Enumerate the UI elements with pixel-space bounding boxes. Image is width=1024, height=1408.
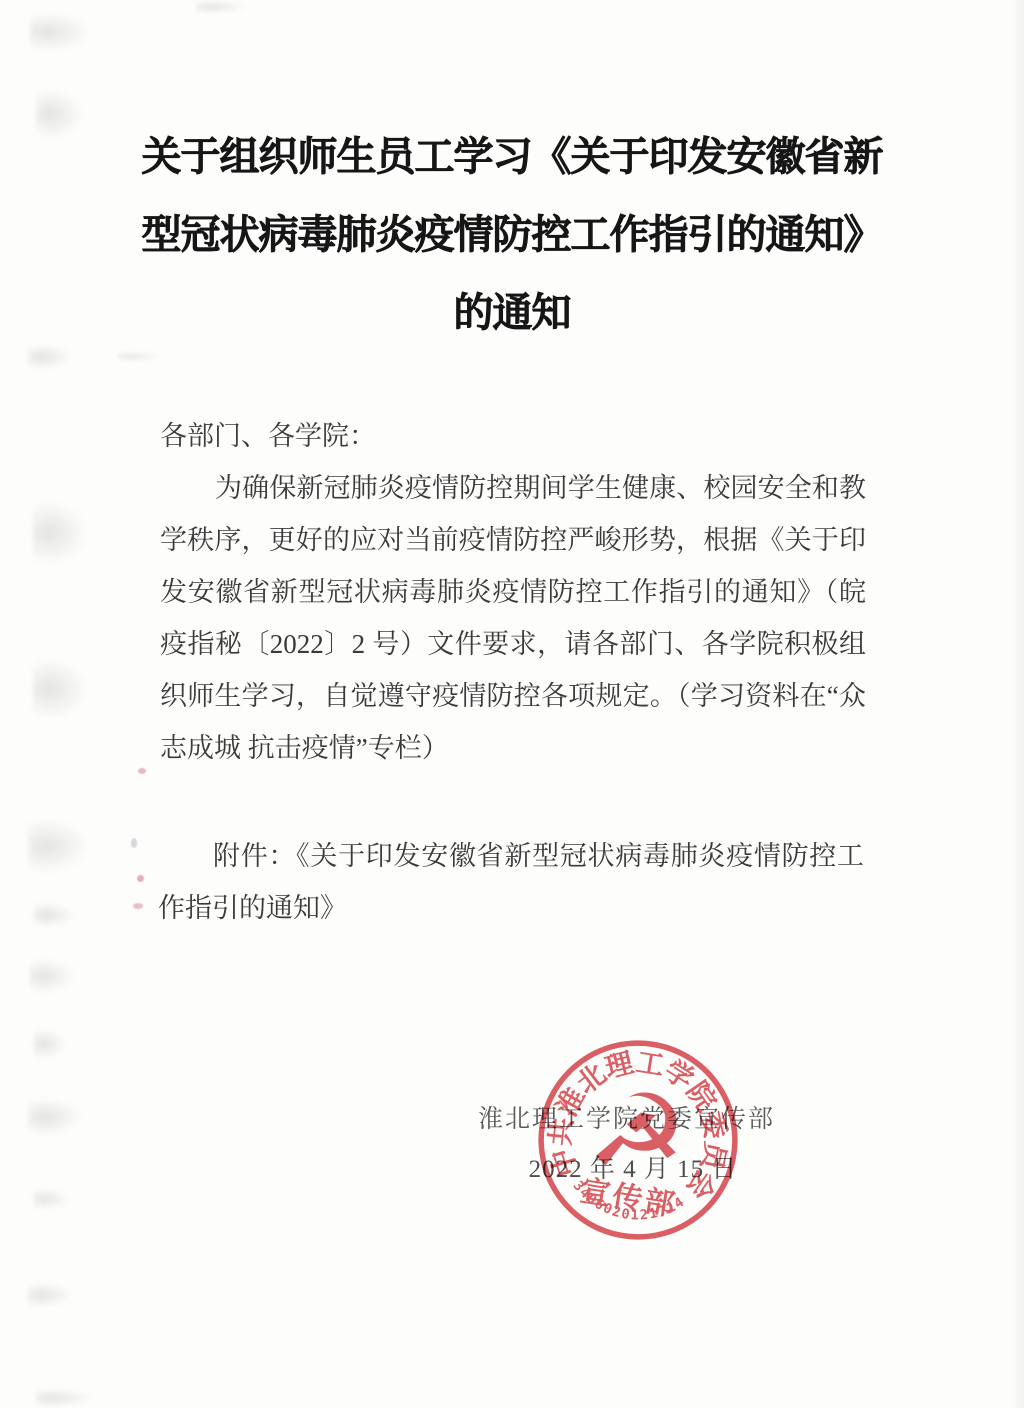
scan-artifact <box>133 903 143 909</box>
official-seal-stamp: 中共淮北理工学院委员会 ☭ 宣传部 3406020121714 <box>519 1021 757 1259</box>
scan-artifact <box>34 902 76 928</box>
scanned-notice-page: 关于组织师生员工学习《关于印发安徽省新 型冠状病毒肺炎疫情防控工作指引的通知》 … <box>0 0 1024 1408</box>
scan-artifact <box>138 768 146 774</box>
scan-artifact <box>196 0 248 14</box>
scan-artifact <box>34 1028 66 1060</box>
scan-artifact <box>131 838 137 848</box>
scan-artifact <box>28 1098 84 1136</box>
body-line: 疫指秘〔2022〕2 号）文件要求，请各部门、各学院积极组 <box>160 618 866 670</box>
attachment-line: 作指引的通知》 <box>158 882 864 934</box>
body-line: 学秩序，更好的应对当前疫情防控严峻形势，根据《关于印 <box>160 514 866 566</box>
scan-artifact <box>30 12 92 52</box>
scan-artifact <box>36 1388 94 1408</box>
document-title: 关于组织师生员工学习《关于印发安徽省新 型冠状病毒肺炎疫情防控工作指引的通知》 … <box>0 118 1024 352</box>
title-line: 型冠状病毒肺炎疫情防控工作指引的通知》 <box>0 196 1024 274</box>
body-line: 为确保新冠肺炎疫情防控期间学生健康、校园安全和教 <box>160 462 866 514</box>
svg-text:委: 委 <box>695 1108 732 1142</box>
scan-artifact <box>33 658 89 720</box>
scan-artifact <box>28 818 90 874</box>
svg-text:共: 共 <box>544 1116 579 1147</box>
scan-artifact <box>137 875 144 882</box>
body-line: 发安徽省新型冠状病毒肺炎疫情防控工作指引的通知》（皖 <box>160 566 866 618</box>
scan-artifact <box>34 1188 70 1210</box>
title-line: 关于组织师生员工学习《关于印发安徽省新 <box>0 118 1024 196</box>
scan-artifact <box>118 352 162 361</box>
scan-artifact <box>30 958 76 994</box>
attachment-line: 附件：《关于印发安徽省新型冠状病毒肺炎疫情防控工 <box>158 830 864 882</box>
notice-body: 各部门、各学院： 为确保新冠肺炎疫情防控期间学生健康、校园安全和教 学秩序，更好… <box>160 410 866 774</box>
body-line: 志成城 抗击疫情”专栏） <box>160 722 866 774</box>
scan-artifact <box>28 1282 74 1308</box>
body-line: 织师生学习，自觉遵守疫情防控各项规定。（学习资料在“众 <box>160 670 866 722</box>
svg-text:中: 中 <box>545 1144 584 1180</box>
title-line: 的通知 <box>0 274 1024 352</box>
attachment-reference: 附件：《关于印发安徽省新型冠状病毒肺炎疫情防控工 作指引的通知》 <box>158 830 864 934</box>
scan-artifact <box>33 500 89 566</box>
salutation: 各部门、各学院： <box>160 410 866 462</box>
